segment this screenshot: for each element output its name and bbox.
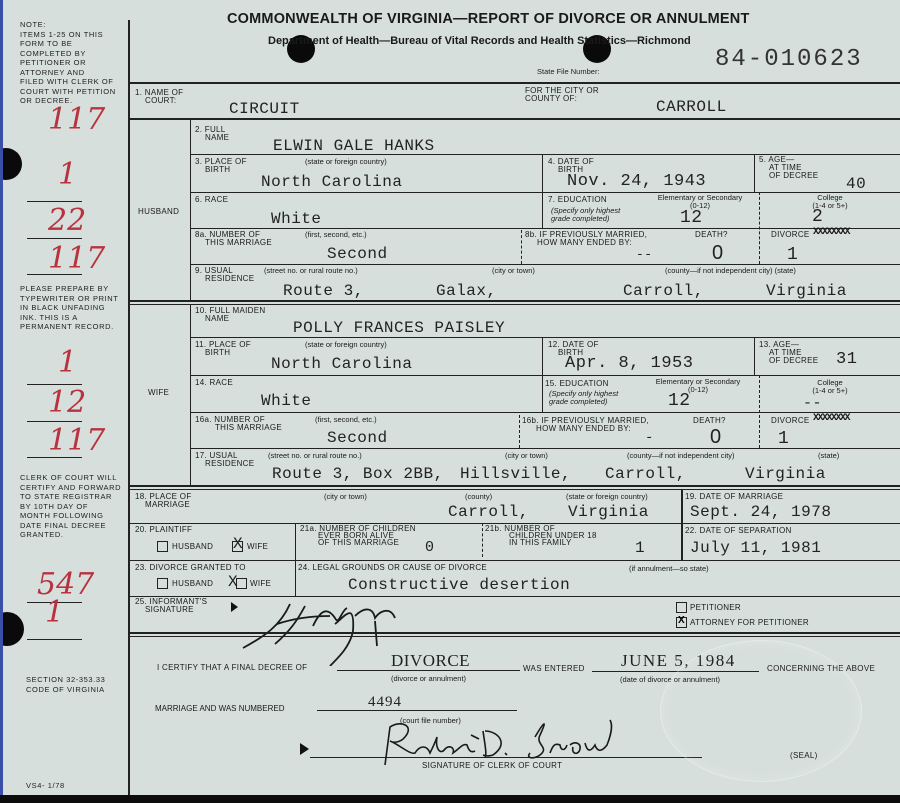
handwritten-number: 117 xyxy=(48,426,105,456)
strikethrough-text: XXXXXXXX xyxy=(813,229,849,237)
label-text: BIRTH xyxy=(195,349,251,357)
rule xyxy=(190,264,900,265)
husband-elem-education-value: 12 xyxy=(680,208,703,228)
checkbox-label: ATTORNEY FOR PETITIONER xyxy=(690,619,809,627)
note-line: FORM TO BE xyxy=(20,39,116,49)
husband-city-value: Galax, xyxy=(436,282,497,300)
rule xyxy=(130,118,900,120)
court-name-value: CIRCUIT xyxy=(229,100,300,118)
handwritten-number: 12 xyxy=(48,388,86,418)
divorce-label: DIVORCE xyxy=(771,417,810,425)
wife-dob-value: Apr. 8, 1953 xyxy=(565,354,693,373)
hint: (first, second, etc.) xyxy=(305,230,367,239)
wife-race-value: White xyxy=(261,392,312,410)
husband-education-label: 7. EDUCATION xyxy=(548,196,607,204)
husband-birthplace-value: North Carolina xyxy=(261,173,402,191)
marriage-place-label: 18. PLACE OFMARRIAGE xyxy=(135,493,192,509)
wife-state-value: Virginia xyxy=(745,465,826,483)
cell-divider xyxy=(542,154,543,192)
rule xyxy=(190,375,900,376)
label-text: THIS MARRIAGE xyxy=(195,424,282,432)
rule xyxy=(190,192,900,193)
section-divider xyxy=(190,304,191,486)
hint-text: (1-4 or 5+) xyxy=(812,386,847,395)
code-ref-line: CODE OF VIRGINIA xyxy=(26,685,105,695)
cell-divider xyxy=(482,523,483,557)
wife-marriage-number-label: 16a. NUMBER OFTHIS MARRIAGE xyxy=(195,416,282,432)
checkbox-x-mark: X xyxy=(678,615,685,626)
hint: (street no. or rural route no.) xyxy=(264,266,358,275)
hint-text: grade completed) xyxy=(551,214,609,223)
state-file-number: 84-010623 xyxy=(715,46,863,73)
form-title: COMMONWEALTH OF VIRGINIA—REPORT OF DIVOR… xyxy=(227,11,750,27)
cell-divider xyxy=(542,192,543,228)
husband-street-value: Route 3, xyxy=(283,282,364,300)
children-under-value: 1 xyxy=(635,539,645,557)
husband-age-value: 40 xyxy=(846,175,866,193)
husband-birthplace-label: 3. PLACE OFBIRTH xyxy=(195,158,247,174)
cell-divider xyxy=(754,154,755,192)
rule xyxy=(130,636,900,637)
cell-divider xyxy=(754,337,755,375)
wife-city-value: Hillsville, xyxy=(460,465,571,483)
instruction-line: IN BLACK UNFADING xyxy=(20,303,119,313)
marriage-date-value: Sept. 24, 1978 xyxy=(690,503,831,521)
label-text: BIRTH xyxy=(195,166,247,174)
note-line: PETITIONER OR xyxy=(20,58,116,68)
label-text: HOW MANY ENDED BY: xyxy=(522,424,631,433)
hint: (state or foreign country) xyxy=(305,157,387,166)
rule xyxy=(190,448,900,449)
label-text: IN THIS FAMILY xyxy=(485,538,572,547)
rule xyxy=(130,560,900,561)
numbered-text: MARRIAGE AND WAS NUMBERED xyxy=(155,705,285,713)
hint: Elementary or Secondary(0-12) xyxy=(648,378,748,394)
checkbox-x-mark: X xyxy=(233,535,243,553)
arrow-right-icon xyxy=(300,743,309,755)
label-text: OF DECREE xyxy=(759,172,818,180)
sidebar-note: NOTE: ITEMS 1-25 ON THIS FORM TO BE COMP… xyxy=(20,20,116,106)
county-label: FOR THE CITY ORCOUNTY OF: xyxy=(525,87,599,103)
death-label: DEATH? xyxy=(693,417,726,425)
tally-line xyxy=(27,421,82,422)
sidebar-clerk-note: CLERK OF COURT WILL CERTIFY AND FORWARD … xyxy=(20,473,121,540)
hint: (street no. or rural route no.) xyxy=(268,451,362,460)
section-divider xyxy=(190,120,191,300)
code-ref-line: SECTION 32-353.33 xyxy=(26,675,105,685)
rule xyxy=(130,485,900,487)
note-line: ITEMS 1-25 ON THIS xyxy=(20,30,116,40)
hint: (state) xyxy=(818,451,839,460)
husband-college-value: 2 xyxy=(812,207,823,227)
clerk-note-line: CLERK OF COURT WILL xyxy=(20,473,121,483)
fill-line xyxy=(317,710,517,711)
label-text: OF DECREE xyxy=(759,357,818,365)
label-text: NAME xyxy=(195,134,229,142)
checkbox-label: HUSBAND xyxy=(172,580,213,588)
divorce-report-form: COMMONWEALTH OF VIRGINIA—REPORT OF DIVOR… xyxy=(0,0,900,795)
wife-death-count: 0 xyxy=(710,426,722,449)
wife-section-label: WIFE xyxy=(148,389,169,397)
rule xyxy=(190,337,900,338)
hint: College(1-4 or 5+) xyxy=(790,379,870,395)
rule xyxy=(190,228,900,229)
sidebar-divider xyxy=(128,20,130,795)
separation-date-value: July 11, 1981 xyxy=(690,539,821,557)
wife-birthplace-label: 11. PLACE OFBIRTH xyxy=(195,341,251,357)
separation-date-label: 22. DATE OF SEPARATION xyxy=(685,527,792,535)
granted-husband-checkbox[interactable] xyxy=(157,578,168,589)
husband-marriage-number-value: Second xyxy=(327,245,388,263)
hint: (Specify only highestgrade completed) xyxy=(551,207,620,223)
state-file-label: State File Number: xyxy=(537,67,600,76)
label-text: OF THIS MARRIAGE xyxy=(300,538,399,547)
label-text: RESIDENCE xyxy=(195,275,254,283)
wife-residence-label: 17. USUALRESIDENCE xyxy=(195,452,254,468)
label-text: SIGNATURE xyxy=(135,606,207,614)
death-label: DEATH? xyxy=(695,231,728,239)
husband-name-value: ELWIN GALE HANKS xyxy=(273,137,435,155)
husband-race-value: White xyxy=(271,210,322,228)
rule xyxy=(130,632,900,634)
form-subtitle: Department of Health—Bureau of Vital Rec… xyxy=(268,35,691,47)
plaintiff-label: 20. PLAINTIFF xyxy=(135,526,192,534)
wife-race-label: 14. RACE xyxy=(195,379,233,387)
handwritten-number: 1 xyxy=(58,348,77,378)
hint: (Specify only highestgrade completed) xyxy=(549,390,618,406)
husband-race-label: 6. RACE xyxy=(195,196,228,204)
husband-prev-married-label: 8b. IF PREVIOUSLY MARRIED,HOW MANY ENDED… xyxy=(525,231,647,247)
punch-hole xyxy=(0,148,22,180)
granted-to-label: 23. DIVORCE GRANTED TO xyxy=(135,564,246,572)
handwritten-number: 1 xyxy=(58,160,77,190)
petitioner-checkbox[interactable] xyxy=(676,602,687,613)
entered-text: WAS ENTERED xyxy=(523,665,585,673)
label-text: NAME xyxy=(195,315,265,323)
hint: (county—if not independent city) xyxy=(627,451,735,460)
hint: (state or foreign country) xyxy=(305,340,387,349)
marriage-date-label: 19. DATE OF MARRIAGE xyxy=(685,493,783,501)
hint: (first, second, etc.) xyxy=(315,415,377,424)
hint: (if annulment—so state) xyxy=(629,564,709,573)
clerk-note-line: GRANTED. xyxy=(20,530,121,540)
husband-dob-value: Nov. 24, 1943 xyxy=(567,172,706,191)
hint: (county) xyxy=(465,492,492,501)
clerk-note-line: CERTIFY AND FORWARD xyxy=(20,483,121,493)
label-text: MARRIAGE xyxy=(135,501,192,509)
hint: (city or town) xyxy=(492,266,535,275)
hint: (state or foreign country) xyxy=(566,492,648,501)
wife-elem-education-value: 12 xyxy=(668,391,691,411)
marriage-county-value: Carroll, xyxy=(448,503,529,521)
clerk-note-line: MONTH FOLLOWING xyxy=(20,511,121,521)
note-line: COMPLETED BY xyxy=(20,49,116,59)
instruction-line: PERMANENT RECORD. xyxy=(20,322,119,332)
divorce-label: DIVORCE xyxy=(771,231,810,239)
clerk-note-line: DATE FINAL DECREE xyxy=(20,521,121,531)
left-edge xyxy=(0,0,3,795)
rule xyxy=(130,82,900,84)
tally-line xyxy=(27,274,82,275)
children-born-label: 21a. NUMBER OF CHILDRENEVER BORN ALIVEOF… xyxy=(300,525,416,546)
certify-text: I CERTIFY THAT A FINAL DECREE OF xyxy=(157,664,307,672)
tally-line xyxy=(27,639,82,640)
wife-county-value: Carroll, xyxy=(605,465,686,483)
tally-line xyxy=(27,238,82,239)
rule xyxy=(130,304,900,305)
grounds-value: Constructive desertion xyxy=(348,576,570,594)
plaintiff-husband-checkbox[interactable] xyxy=(157,541,168,552)
instruction-line: PLEASE PREPARE BY xyxy=(20,284,119,294)
checkbox-label: HUSBAND xyxy=(172,543,213,551)
handwritten-number: 1 xyxy=(45,598,64,628)
form-id: VS4- 1/78 xyxy=(26,781,65,791)
wife-prev-married-label: 16b. IF PREVIOUSLY MARRIED,HOW MANY ENDE… xyxy=(522,417,649,433)
cell-divider xyxy=(542,375,543,412)
note-line: COURT WITH PETITION xyxy=(20,87,116,97)
husband-marriage-number-label: 8a. NUMBER OFTHIS MARRIAGE xyxy=(195,231,272,247)
cell-divider xyxy=(519,415,520,448)
hint: (city or town) xyxy=(324,492,367,501)
sidebar-instructions: PLEASE PREPARE BY TYPEWRITER OR PRINT IN… xyxy=(20,284,119,332)
checkbox-label: WIFE xyxy=(247,543,268,551)
hint: (city or town) xyxy=(505,451,548,460)
wife-age-label: 13. AGE—AT TIMEOF DECREE xyxy=(759,341,818,365)
wife-name-label: 10. FULL MAIDENNAME xyxy=(195,307,265,323)
rule xyxy=(130,489,900,490)
tally-line xyxy=(27,201,82,202)
checkbox-label: PETITIONER xyxy=(690,604,741,612)
wife-education-label: 15. EDUCATION xyxy=(545,380,609,388)
handwritten-number: 117 xyxy=(48,105,105,135)
label-text: COUNTY OF: xyxy=(525,94,577,103)
clerk-note-line: TO STATE REGISTRAR xyxy=(20,492,121,502)
rule xyxy=(190,412,900,413)
wife-college-value: -- xyxy=(803,395,822,412)
husband-age-label: 5. AGE—AT TIMEOF DECREE xyxy=(759,156,818,180)
punch-hole xyxy=(0,612,24,646)
label-text: RESIDENCE xyxy=(195,460,254,468)
husband-divorce-count: 1 xyxy=(787,245,798,265)
label-text: COURT: xyxy=(135,97,183,105)
file-number-value: 4494 xyxy=(368,694,402,711)
marriage-state-value: Virginia xyxy=(568,503,649,521)
husband-county-value: Carroll, xyxy=(623,282,704,300)
strikethrough-text: XXXXXXXX xyxy=(813,415,849,423)
decree-type-value: DIVORCE xyxy=(391,651,470,671)
children-born-value: 0 xyxy=(425,539,435,556)
note-line: FILED WITH CLERK OF xyxy=(20,77,116,87)
court-label: 1. NAME OFCOURT: xyxy=(135,89,183,105)
informant-label: 25. INFORMANT'SSIGNATURE xyxy=(135,598,207,614)
husband-name-label: 2. FULLNAME xyxy=(195,126,229,142)
granted-wife-checkbox[interactable] xyxy=(236,578,247,589)
label-text: HOW MANY ENDED BY: xyxy=(525,238,632,247)
hint: (divorce or annulment) xyxy=(391,674,466,683)
wife-street-value: Route 3, Box 2BB, xyxy=(272,465,444,483)
checkbox-label: WIFE xyxy=(250,580,271,588)
clerk-signature-label: SIGNATURE OF CLERK OF COURT xyxy=(422,762,562,770)
code-reference: SECTION 32-353.33 CODE OF VIRGINIA xyxy=(26,675,105,694)
rule xyxy=(130,300,900,302)
children-under-label: 21b. NUMBER OFCHILDREN UNDER 18IN THIS F… xyxy=(485,525,597,546)
hint-text: (0-12) xyxy=(688,385,708,394)
husband-prev-dash: -- xyxy=(636,247,653,262)
cell-divider xyxy=(521,230,522,264)
wife-marriage-number-value: Second xyxy=(327,429,388,447)
wife-age-value: 31 xyxy=(836,350,857,369)
handwritten-number: 117 xyxy=(48,244,105,274)
wife-name-value: POLLY FRANCES PAISLEY xyxy=(293,319,505,337)
husband-state-value: Virginia xyxy=(766,282,847,300)
cell-divider xyxy=(542,337,543,375)
handwritten-number: 22 xyxy=(48,206,86,236)
court-county-value: CARROLL xyxy=(656,98,727,116)
tally-line xyxy=(27,457,82,458)
note-line: ATTORNEY AND xyxy=(20,68,116,78)
grounds-label: 24. LEGAL GROUNDS OR CAUSE OF DIVORCE xyxy=(298,564,487,572)
instruction-line: INK. THIS IS A xyxy=(20,313,119,323)
husband-section-label: HUSBAND xyxy=(138,208,179,216)
hint: (county—if not independent city) (state) xyxy=(665,266,796,275)
wife-divorce-count: 1 xyxy=(778,429,789,449)
husband-death-count: 0 xyxy=(712,242,724,265)
wife-prev-dash: - xyxy=(645,430,654,446)
label-text: THIS MARRIAGE xyxy=(195,239,272,247)
husband-residence-label: 9. USUALRESIDENCE xyxy=(195,267,254,283)
embossed-seal xyxy=(660,640,862,782)
clerk-note-line: BY 10TH DAY OF xyxy=(20,502,121,512)
instruction-line: TYPEWRITER OR PRINT xyxy=(20,294,119,304)
wife-birthplace-value: North Carolina xyxy=(271,355,412,373)
hint-text: grade completed) xyxy=(549,397,607,406)
cell-divider xyxy=(681,489,683,560)
hint: College(1-4 or 5+) xyxy=(790,194,870,210)
note-line: NOTE: xyxy=(20,20,116,30)
